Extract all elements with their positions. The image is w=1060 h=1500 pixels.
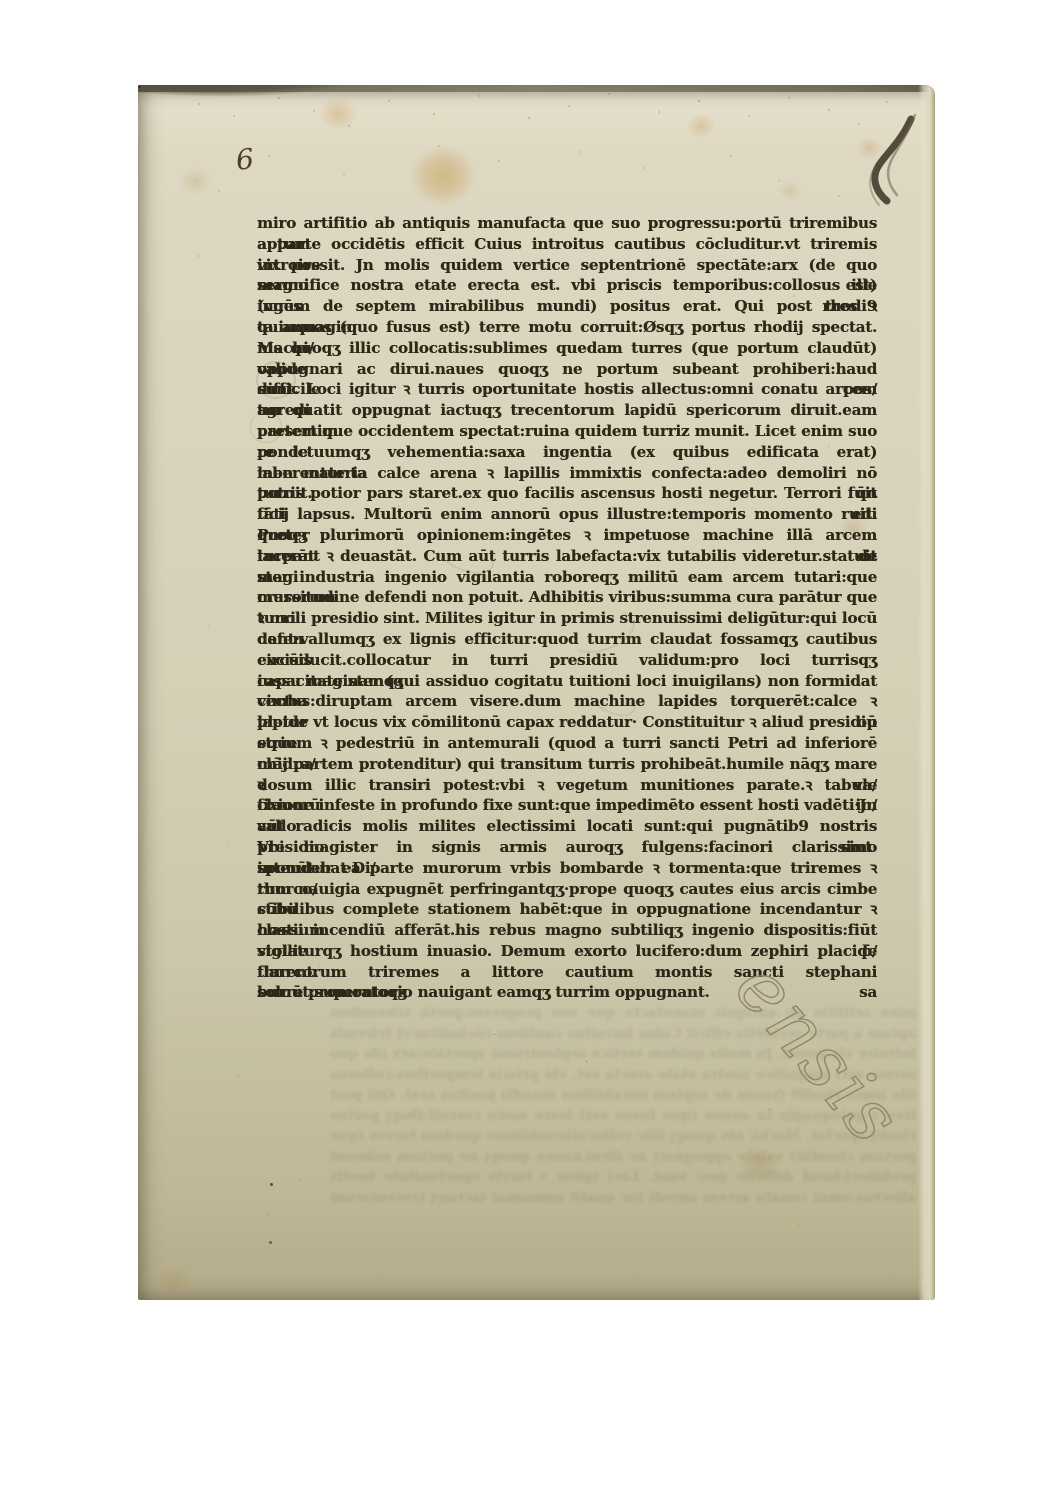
text-line: ficij lapsus. Multorū enim annorū opus i… xyxy=(257,504,877,525)
text-line: men materia calce arena ꝛ lapillis immix… xyxy=(257,463,877,484)
text-line: dant·vallumqʒ ex lignis efficitur:quod t… xyxy=(257,629,877,650)
text-line: classi incendiū afferāt.his rebus magno … xyxy=(257,920,877,941)
text-line: Vbi magister in signis armis auroqʒ fulg… xyxy=(257,837,877,858)
text-line: re ictuumqʒ vehementia:saxa ingentia (ex… xyxy=(257,442,877,463)
text-line: vectus:diruptam arcem visere.dum machine… xyxy=(257,691,877,712)
text-line: (vnum de septem mirabilibus mundi) posit… xyxy=(257,296,877,317)
text-line: thurcorum triremes a littore cautium mon… xyxy=(257,962,877,983)
text-line: strium ꝛ pedestriū in antemurali (quod a… xyxy=(257,733,877,754)
text-line: magnifice nostra etate erecta est. vbi p… xyxy=(257,275,877,296)
text-line: partem que occidentem spectat:ruina quid… xyxy=(257,421,877,442)
text-line: tur quatit oppugnat iactuqʒ trecentorum … xyxy=(257,400,877,421)
text-line: turris potior pars staret.ex quo facilis… xyxy=(257,483,877,504)
text-line: turpant ꝛ deuastāt. Cum aūt turris labef… xyxy=(257,546,877,567)
text-line: oppugnari ac dirui.naues quoqʒ ne portum… xyxy=(257,359,877,380)
corner-tear-mark xyxy=(857,105,917,215)
text-line: miro artifitio ab antiquis manufacta que… xyxy=(257,213,877,234)
text-line: stibilibus complete stationem habēt:que … xyxy=(257,899,877,920)
text-line: sunt. Loci igitur ꝛ turris oportunitate … xyxy=(257,379,877,400)
text-line: quoqʒ plurimorū opinionem:ingētes ꝛ impe… xyxy=(257,525,877,546)
text-line: stolaturqʒ hostium inuasio. Demum exorto… xyxy=(257,941,877,962)
text-line: circūducit.collocatur in turri presidiū … xyxy=(257,650,877,671)
text-line: fixione infeste in profundo fixe sunt:qu… xyxy=(257,795,877,816)
text-line: nis quoqʒ illic collocatis:sublimes qued… xyxy=(257,338,877,359)
text-line: ster industria ingenio vigilantia robore… xyxy=(257,567,877,588)
text-line: aūt radicis molis milites electissimi lo… xyxy=(257,816,877,837)
text-line: sponūtur ea parte murorum vrbis bombarde… xyxy=(257,858,877,879)
text-line: ꝛ moli presidio sint. Milites igitur in … xyxy=(257,608,877,629)
text-line: vix possit. Jn molis quidem vertice sept… xyxy=(257,255,877,276)
text-line: dosum illic transiri potest:vbi ꝛ vegetu… xyxy=(257,775,877,796)
scan-background: miro artifitio ab antiquis manufacta que… xyxy=(0,0,1060,1500)
book-page: miro artifitio ab antiquis manufacta que… xyxy=(138,85,935,1300)
page-fore-edge xyxy=(918,85,935,1300)
show-through-text: miro artifitio ab antiquis manufacta que… xyxy=(330,1003,916,1203)
ink-specks xyxy=(138,85,141,88)
text-line: iussu magister (qui assiduo cogitatu tui… xyxy=(257,671,877,692)
text-line: pletur vt locus vix cōmilitonū capax red… xyxy=(257,712,877,733)
text-line: ta annos (quo fusus est) terre motu corr… xyxy=(257,317,877,338)
text-line: crassitudine defendi non potuit. Adhibit… xyxy=(257,587,877,608)
text-line: a parte occidētis efficit Cuius introitu… xyxy=(257,234,877,255)
text-line: rum nauigia expugnēt perfringantqʒ·prope… xyxy=(257,879,877,900)
text-block: miro artifitio ab antiquis manufacta que… xyxy=(257,213,877,1003)
previous-page-edge xyxy=(138,85,362,99)
page-number: 6 xyxy=(234,142,255,177)
text-line: chij partem protenditur) qui transitum t… xyxy=(257,754,877,775)
